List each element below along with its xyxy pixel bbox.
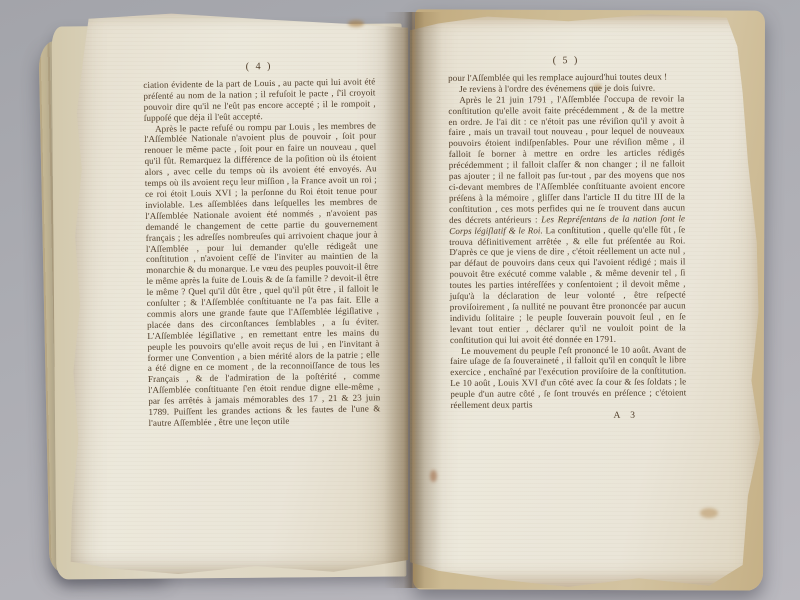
paragraph: Après le pacte refuſé ou rompu par Louis… xyxy=(144,120,381,429)
text-run: Je reviens à l'ordre des événemens que j… xyxy=(459,82,655,93)
right-page-text: ( 5 ) pour l'Aſſemblée qui les remplace … xyxy=(448,55,687,423)
foxing-spot xyxy=(700,508,718,518)
text-run: La conſtitution , quelle qu'elle fût , ſ… xyxy=(449,224,686,345)
book-photograph: ( 4 ) ciation évidente de la part de Lou… xyxy=(0,0,800,600)
paragraph: Après le 21 juin 1791 , l'Aſſemblée ſ'oc… xyxy=(448,93,686,345)
text-run: Après le 21 juin 1791 , l'Aſſemblée ſ'oc… xyxy=(448,93,685,225)
foxing-spot xyxy=(348,20,364,27)
left-page-number: ( 4 ) xyxy=(143,60,375,75)
text-run: Le mouvement du peuple ſ'eſt prononcé le… xyxy=(450,344,686,410)
right-page-body: pour l'Aſſemblée qui les remplace aujour… xyxy=(448,71,686,411)
signature-mark: A 3 xyxy=(613,410,686,421)
text-run: pour l'Aſſemblée qui les remplace aujour… xyxy=(448,71,667,83)
right-page-number: ( 5 ) xyxy=(448,55,684,68)
foxing-spot xyxy=(430,470,437,482)
paragraph: Le mouvement du peuple ſ'eſt prononcé le… xyxy=(450,344,686,411)
text-run: ciation évidente de la part de Louis , a… xyxy=(143,76,375,122)
left-page-text: ( 4 ) ciation évidente de la part de Lou… xyxy=(143,60,381,429)
left-page-body: ciation évidente de la part de Louis , a… xyxy=(143,76,380,429)
paragraph: ciation évidente de la part de Louis , a… xyxy=(143,76,376,123)
text-run: Après le pacte refuſé ou rompu par Louis… xyxy=(144,120,380,428)
